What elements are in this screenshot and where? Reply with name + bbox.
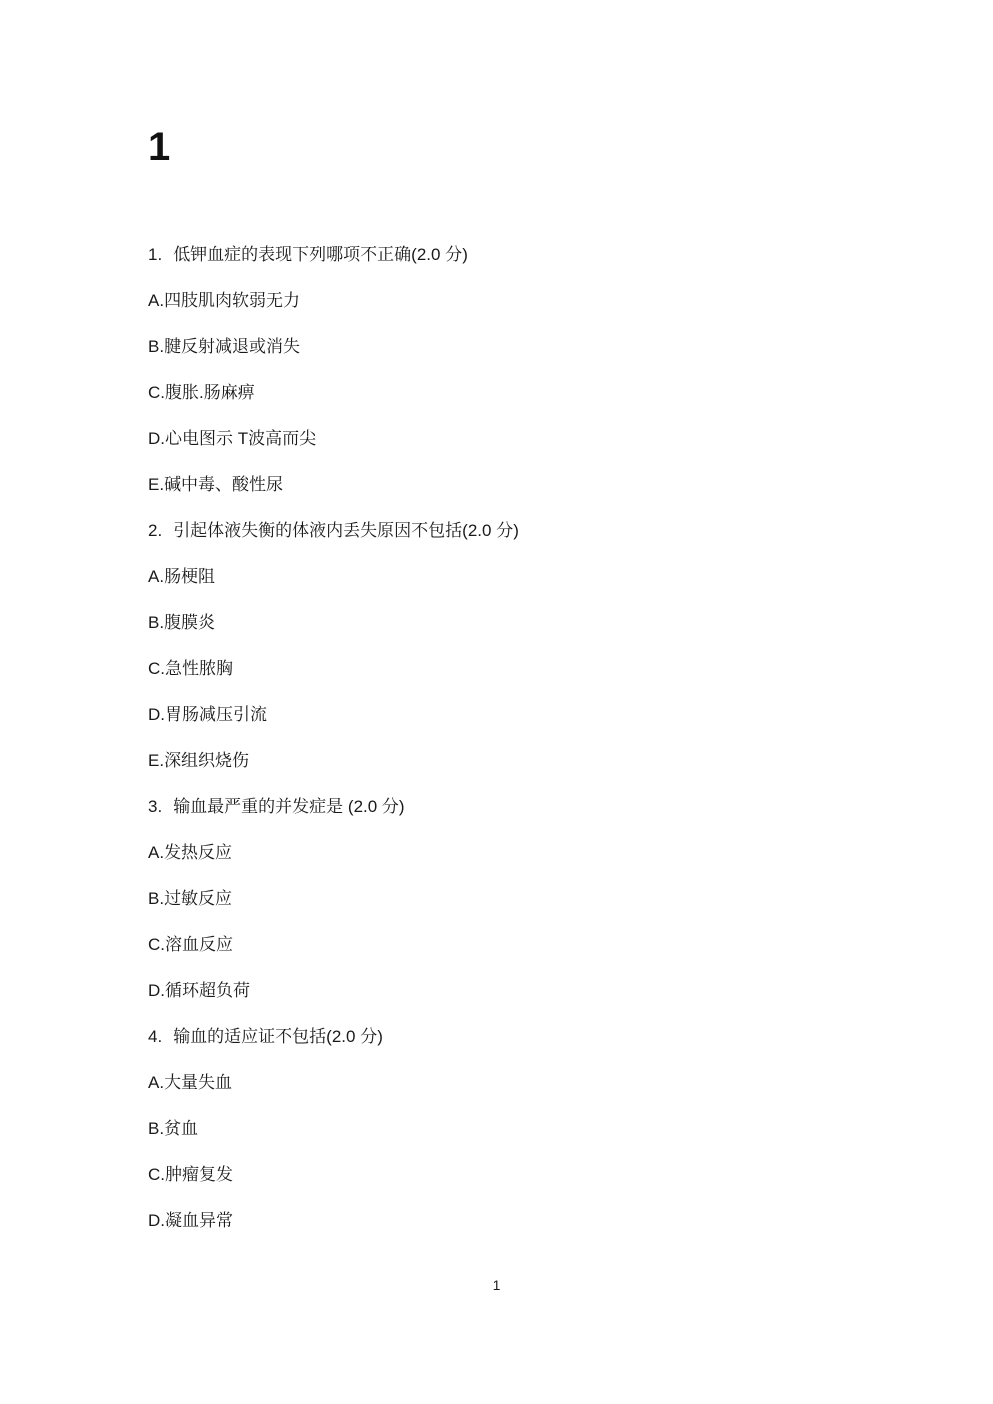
question-block: 2.引起体液失衡的体液内丢失原因不包括(2.0 分)A.肠梗阻B.腹膜炎C.急性… [148,521,873,771]
question-title: 2.引起体液失衡的体液内丢失原因不包括(2.0 分) [148,521,873,541]
option-label: A. [148,843,164,862]
option-text: 贫血 [164,1119,198,1138]
question-block: 4.输血的适应证不包括(2.0 分)A.大量失血B.贫血C.肿瘤复发D.凝血异常 [148,1027,873,1231]
option-label: B. [148,889,164,908]
option-line: B.腹膜炎 [148,613,873,633]
question-title: 1.低钾血症的表现下列哪项不正确(2.0 分) [148,245,873,265]
question-number: 1. [148,245,162,265]
option-line: B.贫血 [148,1119,873,1139]
option-text: 肿瘤复发 [165,1165,233,1184]
question-title: 4.输血的适应证不包括(2.0 分) [148,1027,873,1047]
option-label: E. [148,475,164,494]
option-text: 胃肠减压引流 [165,705,267,724]
option-label: D. [148,705,165,724]
option-text: 肠梗阻 [164,567,215,586]
option-text: 过敏反应 [164,889,232,908]
option-line: D.循环超负荷 [148,981,873,1001]
questions-list: 1.低钾血症的表现下列哪项不正确(2.0 分)A.四肢肌肉软弱无力B.腱反射减退… [148,245,873,1231]
option-line: A.发热反应 [148,843,873,863]
option-label: B. [148,1119,164,1138]
option-label: A. [148,567,164,586]
option-line: C.溶血反应 [148,935,873,955]
question-text: 引起体液失衡的体液内丢失原因不包括(2.0 分) [173,521,519,540]
option-text: 腹胀.肠麻痹 [165,383,255,402]
option-line: A.肠梗阻 [148,567,873,587]
option-text: 凝血异常 [165,1211,233,1230]
document-heading: 1 [148,125,873,169]
option-line: B.过敏反应 [148,889,873,909]
option-text: 溶血反应 [165,935,233,954]
option-label: C. [148,1165,165,1184]
option-line: C.肿瘤复发 [148,1165,873,1185]
option-label: E. [148,751,164,770]
option-label: C. [148,935,165,954]
document-page: 1 1.低钾血症的表现下列哪项不正确(2.0 分)A.四肢肌肉软弱无力B.腱反射… [0,0,993,1404]
option-text: 发热反应 [164,843,232,862]
question-text: 输血的适应证不包括(2.0 分) [173,1027,383,1046]
option-label: A. [148,1073,164,1092]
option-line: D.心电图示 T波高而尖 [148,429,873,449]
option-line: E.碱中毒、酸性尿 [148,475,873,495]
option-text: 腱反射减退或消失 [164,337,300,356]
option-line: A.四肢肌肉软弱无力 [148,291,873,311]
option-label: D. [148,1211,165,1230]
option-line: D.凝血异常 [148,1211,873,1231]
option-line: B.腱反射减退或消失 [148,337,873,357]
question-number: 3. [148,797,162,817]
option-text: 心电图示 T波高而尖 [165,429,316,448]
option-text: 急性脓胸 [165,659,233,678]
question-text: 低钾血症的表现下列哪项不正确(2.0 分) [173,245,468,264]
option-label: D. [148,429,165,448]
option-label: B. [148,613,164,632]
option-text: 循环超负荷 [165,981,250,1000]
option-label: B. [148,337,164,356]
option-line: A.大量失血 [148,1073,873,1093]
option-label: D. [148,981,165,1000]
option-label: A. [148,291,164,310]
option-text: 深组织烧伤 [164,751,249,770]
question-number: 4. [148,1027,162,1047]
question-text: 输血最严重的并发症是 (2.0 分) [173,797,404,816]
option-line: E.深组织烧伤 [148,751,873,771]
option-label: C. [148,383,165,402]
question-block: 1.低钾血症的表现下列哪项不正确(2.0 分)A.四肢肌肉软弱无力B.腱反射减退… [148,245,873,495]
option-text: 四肢肌肉软弱无力 [164,291,300,310]
question-block: 3.输血最严重的并发症是 (2.0 分)A.发热反应B.过敏反应C.溶血反应D.… [148,797,873,1001]
page-number-footer: 1 [0,1276,993,1294]
option-label: C. [148,659,165,678]
question-title: 3.输血最严重的并发症是 (2.0 分) [148,797,873,817]
option-text: 腹膜炎 [164,613,215,632]
option-text: 大量失血 [164,1073,232,1092]
option-line: C.腹胀.肠麻痹 [148,383,873,403]
option-line: C.急性脓胸 [148,659,873,679]
option-text: 碱中毒、酸性尿 [164,475,283,494]
option-line: D.胃肠减压引流 [148,705,873,725]
question-number: 2. [148,521,162,541]
